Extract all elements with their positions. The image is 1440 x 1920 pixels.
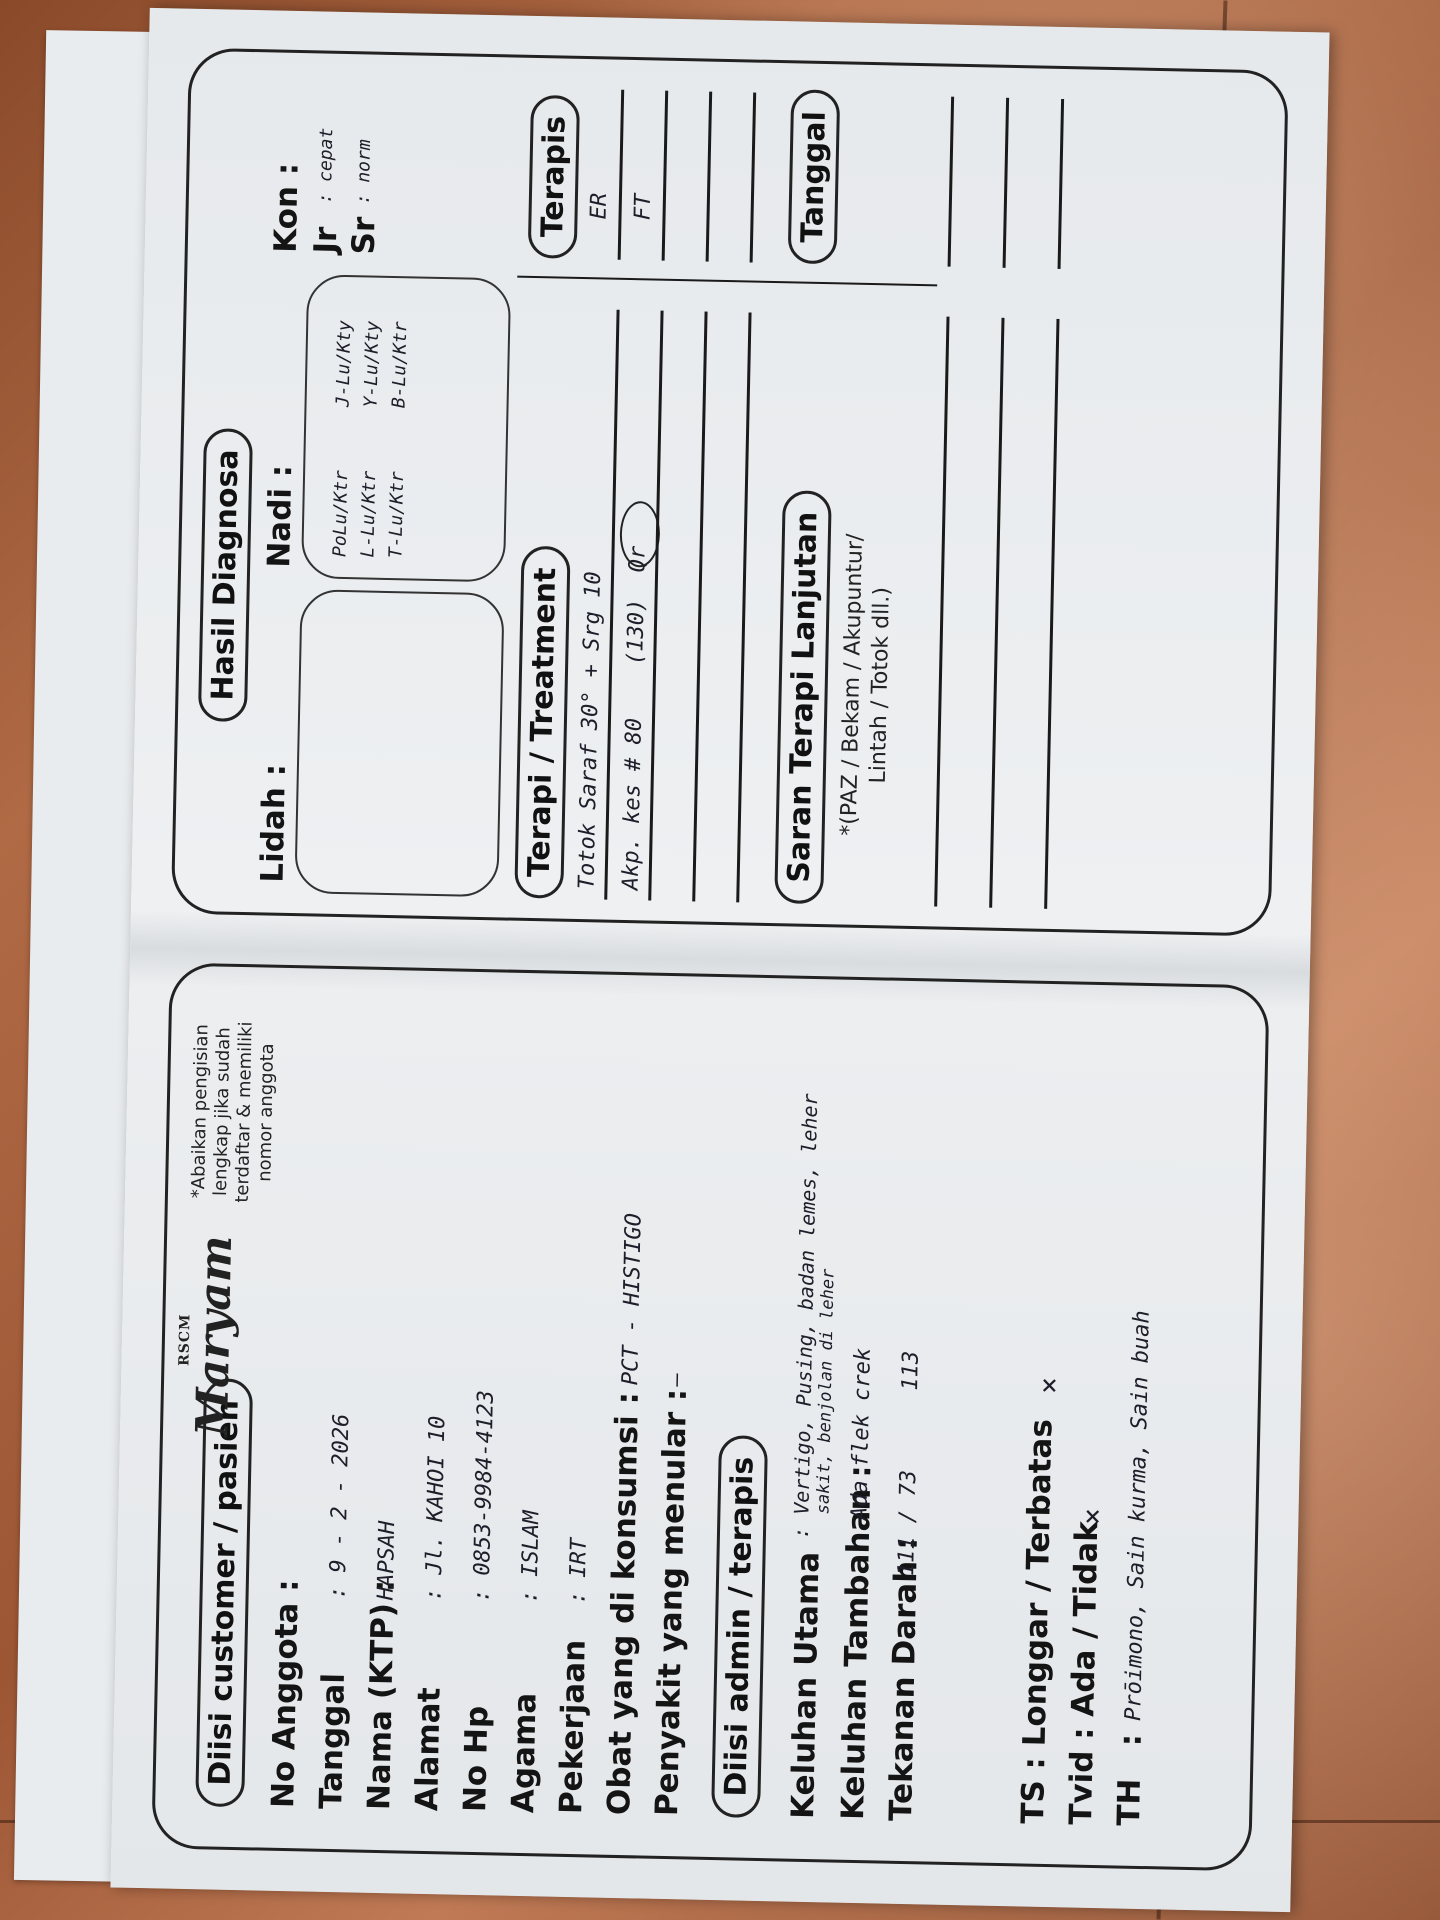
terapis-rule [706,92,713,262]
treatment-line-2[interactable]: Akp. kes # 80 (130) Qr [618,546,650,891]
terapis-line-2[interactable]: FT [630,193,656,220]
nadi-box[interactable]: PoLu/Ktr J-Lu/Kty L-Lu/Ktr Y-Lu/Kty T-Lu… [301,274,511,582]
saran-rule [1044,319,1059,909]
kon-label: Kon : [268,162,306,253]
treatment-rule [692,312,707,902]
tvid-mark[interactable]: × [1075,1508,1108,1526]
section-tanggal: Tanggal [788,90,841,265]
tanggal-rule [948,97,955,267]
form-sheet: Diisi customer / pasien RSCM Maryam *Aba… [110,8,1329,1912]
treatment-rule [736,312,751,902]
nadi-value: B-Lu/Ktr [388,321,411,408]
th-label: TH : [1111,1734,1149,1827]
sr-value[interactable]: : norm [353,139,375,204]
pekerjaan-value[interactable]: : IRT [565,1538,591,1605]
section-diagnosis: Hasil Diagnosa [198,428,253,722]
lidah-box[interactable] [294,589,504,897]
logo: RSCM Maryam [187,1235,242,1437]
note-line: terdaftar & memiliki [232,1007,258,1217]
jr-value[interactable]: : cepat [315,128,338,204]
keluhan-utama-label: Keluhan Utama [785,1551,827,1819]
nadi-value: J-Lu/Kty [333,320,356,407]
section-saran: Saran Terapi Lanjutan [774,490,832,904]
agama-value[interactable]: : ISLAM [517,1510,544,1603]
nadi-value: T-Lu/Ktr [385,471,408,558]
obat-label: Obat yang di konsumsi : [601,1392,646,1816]
logo-prefix: RSCM [176,1313,193,1366]
saran-rule [989,318,1004,908]
section-terapis: Terapis [528,94,580,258]
penyakit-label: Penyakit yang menular : [649,1388,694,1816]
tekanan-darah-value[interactable]: 111 / 73 113 [894,1351,924,1577]
nadi-value: L-Lu/Ktr [357,471,380,558]
patient-panel: Diisi customer / pasien RSCM Maryam *Aba… [151,962,1269,1871]
treatment-line-1[interactable]: Totok Saraf 30° + Srg 10 [574,571,606,889]
nohp-label: No Hp [457,1706,495,1813]
saran-rule [934,317,949,907]
tanggal-rule [1003,98,1010,268]
nama-label: Nama (KTP) : [361,1579,402,1810]
logo-text: Maryam [187,1235,242,1437]
tanggal-value[interactable]: : 9 - 2 - 2026 [326,1413,355,1599]
terapis-rule [662,91,669,261]
jr-label: Jr [308,226,345,254]
nama-value[interactable]: HAPSAH [374,1520,401,1600]
alamat-value[interactable]: : Jl. KAHOI 10 [422,1415,451,1601]
tanggal-rule [1058,99,1065,269]
ts-label: TS : Longgar / Terbatas [1015,1419,1059,1824]
circled-value [619,501,660,568]
treatment-rule [604,310,619,900]
nohp-value[interactable]: : 0853-9984-4123 [470,1390,499,1602]
column-divider [517,276,937,287]
pekerjaan-label: Pekerjaan [553,1639,593,1814]
section-admin: Diisi admin / terapis [711,1435,768,1818]
registration-note: *Abaikan pengisian lengkap jika sudah te… [188,1006,280,1218]
sr-label: Sr [346,216,383,254]
tanggal-label: Tanggal [313,1673,352,1810]
nadi-value: Y-Lu/Kty [360,321,383,408]
treatment-rule [648,311,663,901]
keluhan-utama-value-2[interactable]: sakit, benjolan di leher [813,1268,838,1514]
nadi-label: Nadi : [261,464,299,568]
ts-mark[interactable]: × [1032,1377,1065,1395]
tvid-label: Tvid : Ada / Tidak [1063,1521,1105,1825]
section-customer: Diisi customer / pasien [195,1378,253,1807]
th-value[interactable]: Prōimono, Sain kurma, Sain buah [1121,1310,1155,1721]
terapis-rule [618,90,625,260]
lidah-label: Lidah : [255,764,293,883]
agama-label: Agama [505,1692,544,1813]
nadi-value: PoLu/Ktr [329,470,352,557]
tekanan-darah-label: Tekanan Darah : [883,1537,925,1821]
saran-hint: *(PAZ / Bekam / Akupuntur/ Lintah / Toto… [834,474,899,895]
section-treatment: Terapi / Treatment [514,546,570,899]
keluhan-tambahan-value[interactable]: Ada flek crek [847,1348,876,1521]
diagnosis-panel: Hasil Diagnosa Lidah : Nadi : PoLu/Ktr J… [171,48,1289,937]
terapis-rule [750,93,757,263]
note-line: nomor anggota [254,1007,280,1217]
alamat-label: Alamat [409,1687,448,1811]
penyakit-value[interactable]: — [664,1373,689,1387]
no-anggota-label: No Anggota : [265,1579,306,1808]
obat-value[interactable]: PCT - HISTIGO [618,1213,647,1386]
terapis-line-1[interactable]: ER [586,193,612,220]
